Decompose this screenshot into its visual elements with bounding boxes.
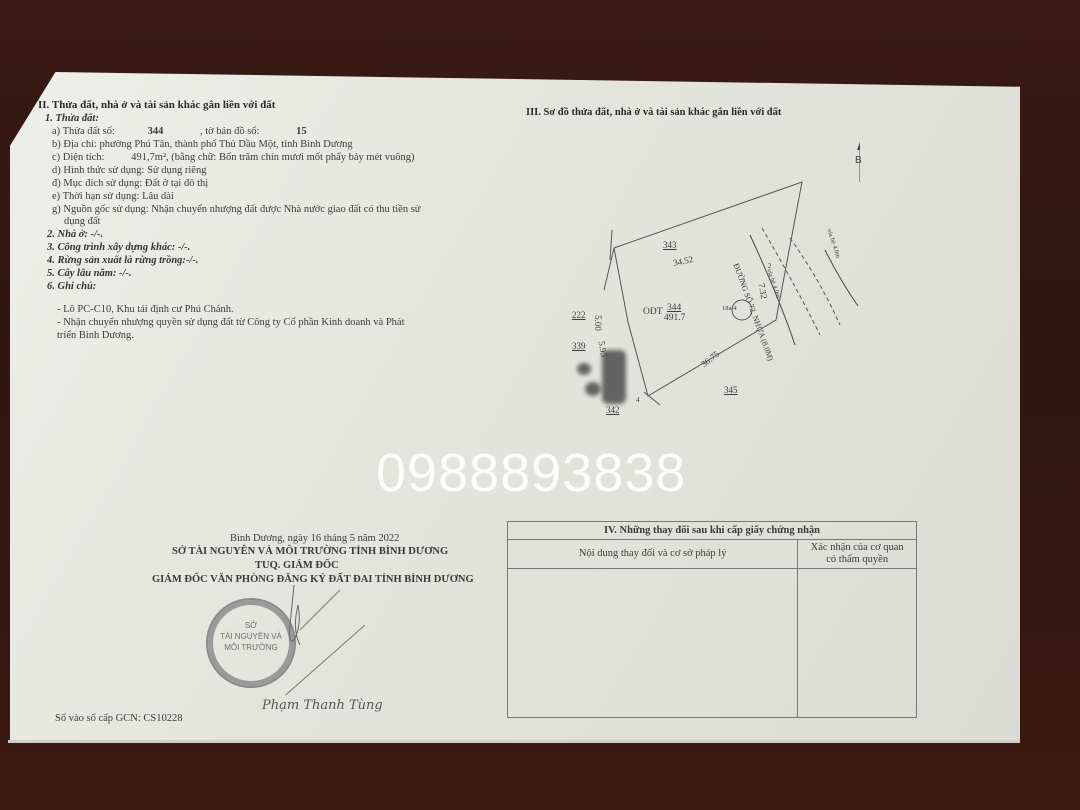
perennial-trees: 5. Cây lâu năm: -/-. xyxy=(47,268,132,279)
neighbor-343: 343 xyxy=(663,240,677,250)
notes-heading: 6. Ghi chú: xyxy=(47,281,96,292)
section-3-title: III. Sơ đồ thửa đất, nhà ở và tài sản kh… xyxy=(526,107,781,118)
parcel-number-row: a) Thửa đất số: 344 , tờ bản đồ số: 15 xyxy=(52,126,307,137)
usage-form: d) Hình thức sử dụng: Sử dụng riêng xyxy=(52,165,206,176)
changes-table: IV. Những thay đổi sau khi cấp giấy chứn… xyxy=(507,521,917,718)
issuing-org: SỞ TÀI NGUYÊN VÀ MÔI TRƯỜNG TỈNH BÌNH DƯ… xyxy=(172,546,448,557)
parcel-type: ODT xyxy=(643,307,663,317)
signature-stroke xyxy=(280,585,390,695)
parcel-label: a) Thửa đất số: xyxy=(52,126,115,137)
production-forest: 4. Rừng sản xuất là rừng trồng:-/-. xyxy=(47,255,198,266)
parcel-number: 344 xyxy=(148,126,164,137)
parcel-area-diagram: 491.7 xyxy=(664,313,685,323)
map-label: , tờ bản đồ số: xyxy=(200,126,260,137)
edge-length-4: 5.00 xyxy=(593,315,603,331)
land-heading: 1. Thửa đất: xyxy=(45,113,99,124)
note-2: - Nhận chuyển nhượng quyền sử dụng đất t… xyxy=(57,317,405,328)
col-confirm-line1: Xác nhận của cơ quan xyxy=(798,542,916,554)
col-changes-header: Nội dung thay đổi và cơ sở pháp lý xyxy=(508,540,798,569)
usage-origin-cont: dụng đất xyxy=(64,216,100,227)
usage-term: e) Thời hạn sử dụng: Lâu dài xyxy=(52,191,174,202)
usage-origin: g) Nguồn gốc sử dụng: Nhận chuyển nhượng… xyxy=(52,204,421,215)
other-construction: 3. Công trình xây dựng khác: -/-. xyxy=(47,242,190,253)
signer-name: Phạm Thanh Tùng xyxy=(262,698,383,713)
address: b) Địa chỉ: phường Phú Tân, thành phố Th… xyxy=(52,139,353,150)
signer-title: GIÁM ĐỐC VĂN PHÒNG ĐĂNG KÝ ĐẤT ĐAI TỈNH … xyxy=(152,574,474,585)
neighbor-345: 345 xyxy=(724,385,738,395)
vertex-4: 4 xyxy=(636,396,640,404)
phone-watermark: 0988893838 xyxy=(376,446,686,500)
note-1: - Lô PC-C10, Khu tái định cư Phú Chánh. xyxy=(57,304,234,315)
map-stamp-code: 18a-4 xyxy=(722,305,737,312)
registry-number: Số vào sổ cấp GCN: CS10228 xyxy=(55,713,182,724)
on-behalf: TUQ. GIÁM ĐỐC xyxy=(255,560,339,571)
area-row: c) Diện tích: 491,7m², (bằng chữ: Bốn tr… xyxy=(52,152,415,163)
col-confirm-line2: có thẩm quyền xyxy=(798,554,916,566)
area-label: c) Diện tích: xyxy=(52,152,104,163)
section-4-title: IV. Những thay đổi sau khi cấp giấy chứn… xyxy=(508,522,917,540)
neighbor-339: 339 xyxy=(572,341,586,351)
col-confirm-header: Xác nhận của cơ quan có thẩm quyền xyxy=(798,540,917,569)
parcel-diagram xyxy=(540,140,860,420)
note-3: triển Bình Dương. xyxy=(57,330,134,341)
neighbor-342: 342 xyxy=(606,405,620,415)
area-value: 491,7m², (bằng chữ: Bốn trăm chín mươi m… xyxy=(131,152,414,163)
paper-edge xyxy=(8,740,1020,743)
section-2-title: II. Thửa đất, nhà ở và tài sản khác gắn … xyxy=(38,99,275,111)
parcel-number-diagram: 344 xyxy=(667,303,681,313)
north-label: B xyxy=(855,155,862,166)
house: 2. Nhà ở: -/-. xyxy=(47,229,103,240)
issue-date: Bình Dương, ngày 16 tháng 5 năm 2022 xyxy=(230,533,399,544)
neighbor-222: 222 xyxy=(572,310,586,320)
changes-content-cell xyxy=(508,569,798,718)
usage-purpose: đ) Mục đích sử dụng: Đất ở tại đô thị xyxy=(52,178,208,189)
confirm-content-cell xyxy=(798,569,917,718)
map-number: 15 xyxy=(296,126,307,137)
